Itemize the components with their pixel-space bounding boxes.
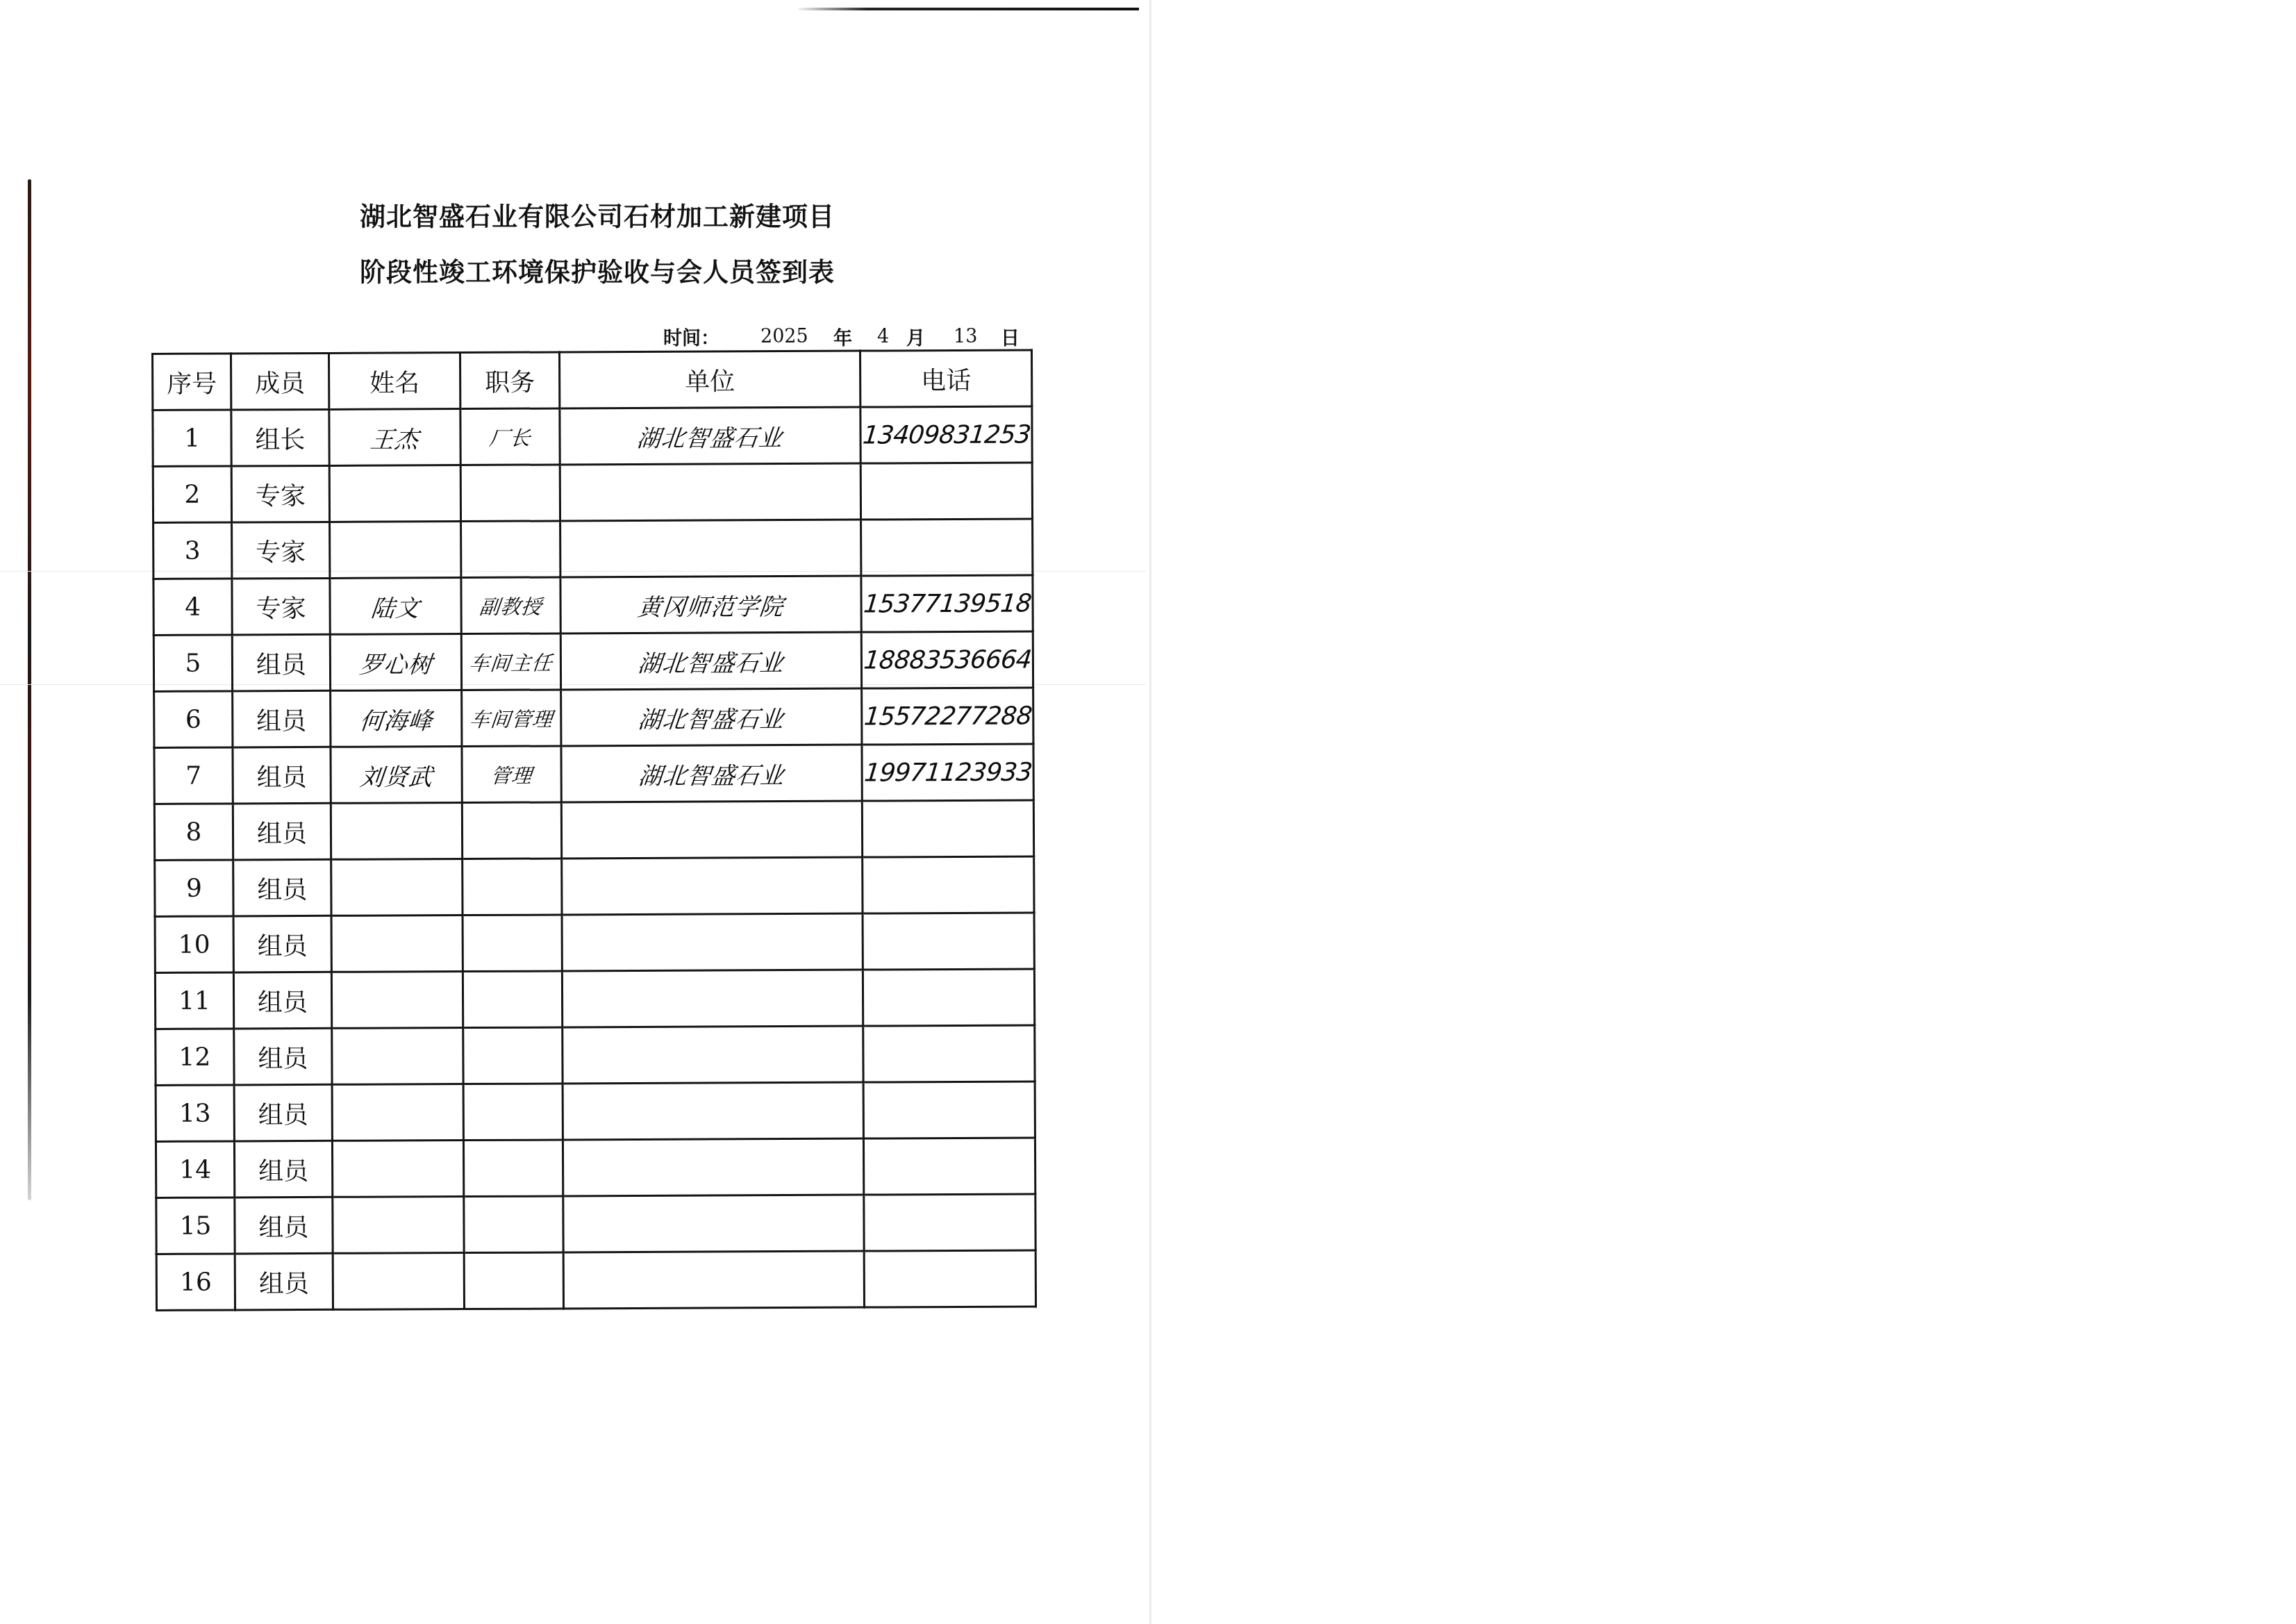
row-number-cell: 16 (156, 1254, 235, 1310)
member-role: 组员 (258, 983, 308, 1018)
table-row: 16组员 (156, 1250, 1035, 1311)
signature-phone: 13409831253 (861, 420, 1031, 449)
row-number: 14 (179, 1155, 211, 1184)
row-number: 3 (185, 536, 201, 565)
top-edge-rule (799, 8, 1139, 10)
signature-title-cell (463, 1027, 563, 1084)
signature-name: 陆文 (369, 589, 422, 623)
signature-name: 王杰 (369, 420, 421, 454)
signature-title-cell (461, 521, 560, 578)
signature-unit-cell (563, 1026, 863, 1084)
signature-phone-cell (863, 1025, 1035, 1082)
member-role: 组员 (258, 1208, 308, 1243)
date-day: 13 (954, 326, 977, 347)
signature-unit-cell: 湖北智盛石业 (561, 745, 862, 802)
signature-phone: 18883536664 (862, 645, 1032, 674)
signature-unit-cell (560, 520, 861, 577)
signature-phone-cell: 15572277288 (862, 688, 1033, 745)
date-label: 时间： (663, 323, 719, 350)
header-no: 序号 (153, 354, 231, 410)
signature-phone-cell: 13409831253 (860, 406, 1032, 463)
row-number: 11 (178, 986, 210, 1015)
signature-name-cell (330, 522, 461, 579)
row-number-cell: 3 (153, 522, 232, 579)
row-number-cell: 1 (153, 410, 231, 466)
member-role: 组员 (256, 645, 306, 681)
document-subtitle: 阶段性竣工环境保护验收与会人员签到表 (333, 251, 861, 289)
table-row: 10组员 (155, 913, 1034, 973)
table-row: 3专家 (153, 519, 1033, 579)
signature-title-cell: 厂长 (460, 408, 560, 465)
signature-name-cell (333, 1253, 464, 1310)
member-role: 组员 (256, 702, 306, 737)
table-row: 8组员 (154, 800, 1033, 861)
member-role: 组员 (257, 814, 307, 850)
date-month-unit: 月 (906, 323, 925, 350)
row-number: 6 (185, 705, 201, 734)
member-role-cell: 专家 (232, 578, 330, 635)
signature-phone: 15377139518 (862, 589, 1032, 618)
member-role: 专家 (256, 589, 306, 624)
row-number: 9 (186, 874, 202, 902)
signature-name-cell (333, 1197, 464, 1254)
signature-name-cell: 何海峰 (331, 690, 462, 747)
row-number: 4 (185, 593, 201, 621)
signature-phone-cell (862, 800, 1033, 857)
row-number-cell: 6 (154, 691, 233, 747)
header-role: 成员 (231, 353, 329, 410)
member-role-cell: 组长 (231, 409, 329, 466)
signature-title-cell (463, 971, 562, 1028)
member-role: 组员 (257, 758, 307, 793)
signature-phone-cell (863, 913, 1034, 970)
signature-title-cell (463, 859, 562, 915)
signature-title-cell: 副教授 (461, 577, 560, 634)
member-role-cell: 组员 (233, 915, 331, 972)
member-role-cell: 组员 (233, 972, 331, 1029)
row-number: 5 (185, 649, 201, 677)
member-role: 组员 (258, 1039, 308, 1075)
date-line: 时间： 2025 年 4 月 13 日 (663, 324, 1024, 349)
row-number: 7 (185, 761, 201, 790)
row-number-cell: 8 (154, 804, 233, 860)
member-role-cell: 组员 (235, 1253, 333, 1310)
signature-name-cell: 罗心树 (330, 634, 461, 691)
table-row: 14组员 (156, 1138, 1035, 1198)
signature-title-cell (463, 915, 562, 972)
row-number: 2 (184, 480, 200, 508)
table-row: 15组员 (156, 1194, 1035, 1254)
signature-unit-cell (562, 857, 863, 915)
signature-unit-cell: 湖北智盛石业 (560, 632, 861, 690)
date-year-unit: 年 (833, 323, 852, 350)
member-role-cell: 组员 (233, 690, 331, 747)
signature-title-cell (460, 465, 560, 522)
table-row: 1组长王杰厂长湖北智盛石业13409831253 (153, 406, 1032, 467)
member-role-cell: 组员 (235, 1197, 333, 1254)
signature-name-cell (331, 915, 463, 972)
member-role-cell: 组员 (232, 634, 330, 691)
signature-unit-cell (562, 913, 863, 971)
signature-unit: 湖北智盛石业 (637, 756, 786, 791)
signature-phone-cell (863, 969, 1034, 1026)
member-role: 专家 (256, 477, 306, 512)
signature-unit-cell: 黄冈师范学院 (560, 576, 861, 633)
signature-unit-cell: 湖北智盛石业 (561, 688, 862, 746)
signature-title-cell (462, 802, 561, 859)
date-day-unit: 日 (1001, 323, 1020, 350)
signature-phone: 19971123933 (863, 758, 1033, 787)
signature-title: 厂长 (488, 422, 532, 451)
signature-phone-cell (860, 463, 1032, 520)
signature-phone-cell: 18883536664 (861, 631, 1033, 688)
signature-title-cell: 车间管理 (462, 690, 561, 747)
signature-unit-cell (560, 463, 860, 521)
signature-unit-cell (563, 1251, 864, 1309)
signature-unit-cell: 湖北智盛石业 (560, 407, 860, 465)
table-row: 13组员 (156, 1082, 1035, 1142)
signature-title-cell (464, 1252, 563, 1309)
signature-name-cell (331, 859, 463, 916)
table-header-row: 序号 成员 姓名 职务 单位 电话 (153, 350, 1032, 411)
signature-name-cell: 王杰 (329, 409, 460, 466)
signature-name-cell (329, 465, 460, 522)
table-row: 9组员 (155, 856, 1034, 917)
member-role-cell: 组员 (234, 1084, 332, 1141)
row-number: 12 (178, 1043, 210, 1071)
row-number-cell: 14 (156, 1141, 234, 1198)
signature-title-cell (464, 1196, 563, 1253)
table-row: 5组员罗心树车间主任湖北智盛石业18883536664 (153, 631, 1033, 692)
signature-title-cell (463, 1084, 563, 1141)
row-number: 15 (179, 1211, 211, 1240)
row-number-cell: 4 (153, 579, 232, 635)
signature-title: 车间管理 (468, 704, 554, 733)
row-number-cell: 12 (156, 1029, 234, 1085)
signature-title-cell: 管理 (462, 746, 561, 803)
table-row: 12组员 (156, 1025, 1035, 1086)
signature-name: 刘贤武 (358, 758, 435, 792)
signature-unit-cell (563, 1138, 863, 1196)
signature-name: 何海峰 (358, 702, 434, 736)
signature-name-cell: 刘贤武 (331, 747, 462, 804)
row-number-cell: 2 (153, 466, 231, 522)
row-number-cell: 10 (155, 916, 233, 972)
signature-phone-cell (861, 519, 1033, 576)
row-number: 1 (184, 424, 200, 452)
sign-in-table: 序号 成员 姓名 职务 单位 电话 1组长王杰厂长湖北智盛石业134098312… (151, 349, 1037, 1311)
member-role-cell: 专家 (231, 465, 329, 522)
signature-phone-cell (863, 856, 1034, 913)
member-role-cell: 专家 (232, 522, 330, 579)
member-role-cell: 组员 (233, 803, 331, 860)
signature-name-cell (331, 972, 463, 1029)
signature-unit: 湖北智盛石业 (637, 700, 786, 735)
member-role: 组员 (257, 870, 307, 906)
table-row: 7组员刘贤武管理湖北智盛石业19971123933 (154, 744, 1033, 804)
member-role-cell: 组员 (234, 1141, 332, 1198)
signature-unit-cell (561, 801, 862, 859)
table-row: 2专家 (153, 463, 1032, 523)
signature-phone-cell: 19971123933 (862, 744, 1033, 801)
signature-phone-cell: 15377139518 (861, 575, 1033, 632)
signature-phone-cell (864, 1250, 1035, 1307)
signature-title-cell: 车间主任 (461, 633, 560, 690)
signature-name-cell: 陆文 (330, 578, 461, 635)
row-number-cell: 7 (154, 747, 233, 804)
row-number: 16 (180, 1268, 212, 1296)
signature-title: 副教授 (479, 591, 544, 620)
signature-name-cell (332, 1028, 463, 1085)
row-number: 13 (179, 1099, 211, 1127)
member-role: 组长 (255, 420, 305, 456)
signature-unit: 黄冈师范学院 (636, 588, 785, 622)
signature-name-cell (331, 803, 462, 860)
row-number-cell: 15 (156, 1198, 235, 1254)
member-role-cell: 组员 (233, 747, 331, 804)
paper-edge (1149, 0, 1151, 1624)
date-month: 4 (877, 326, 889, 347)
signature-title: 车间主任 (468, 647, 554, 677)
member-role: 组员 (258, 927, 308, 962)
member-role-cell: 组员 (234, 1028, 332, 1085)
signature-name: 罗心树 (358, 645, 434, 679)
member-role-cell: 组员 (233, 859, 331, 916)
header-title: 职务 (460, 352, 560, 409)
signature-unit-cell (562, 970, 863, 1027)
document-title: 湖北智盛石业有限公司石材加工新建项目 (333, 196, 861, 233)
table-row: 4专家陆文副教授黄冈师范学院15377139518 (153, 575, 1033, 636)
signature-phone-cell (863, 1138, 1035, 1195)
signature-unit-cell (563, 1082, 863, 1140)
signature-phone: 15572277288 (863, 702, 1033, 731)
row-number-cell: 13 (156, 1085, 234, 1141)
signature-unit-cell (563, 1195, 864, 1252)
signature-unit: 湖北智盛石业 (635, 419, 785, 454)
date-year: 2025 (760, 326, 808, 347)
table-row: 11组员 (155, 969, 1034, 1029)
signature-phone-cell (864, 1194, 1035, 1251)
signature-phone-cell (863, 1082, 1035, 1138)
row-number: 10 (178, 930, 210, 959)
signature-name-cell (332, 1141, 463, 1198)
signature-unit: 湖北智盛石业 (636, 644, 785, 679)
member-role: 组员 (258, 1095, 308, 1131)
row-number-cell: 5 (153, 635, 232, 691)
header-name: 姓名 (329, 353, 460, 410)
row-number-cell: 9 (155, 860, 233, 916)
scan-edge-streak (28, 179, 31, 1200)
header-unit: 单位 (560, 351, 860, 408)
member-role: 组员 (259, 1264, 309, 1300)
member-role: 组员 (258, 1152, 308, 1187)
table-row: 6组员何海峰车间管理湖北智盛石业15572277288 (154, 688, 1033, 748)
signature-title: 管理 (490, 760, 534, 788)
signature-name-cell (332, 1084, 463, 1141)
header-phone: 电话 (860, 350, 1031, 407)
signature-title-cell (463, 1140, 563, 1197)
row-number: 8 (185, 818, 201, 846)
member-role: 专家 (256, 533, 306, 568)
row-number-cell: 11 (155, 972, 233, 1029)
